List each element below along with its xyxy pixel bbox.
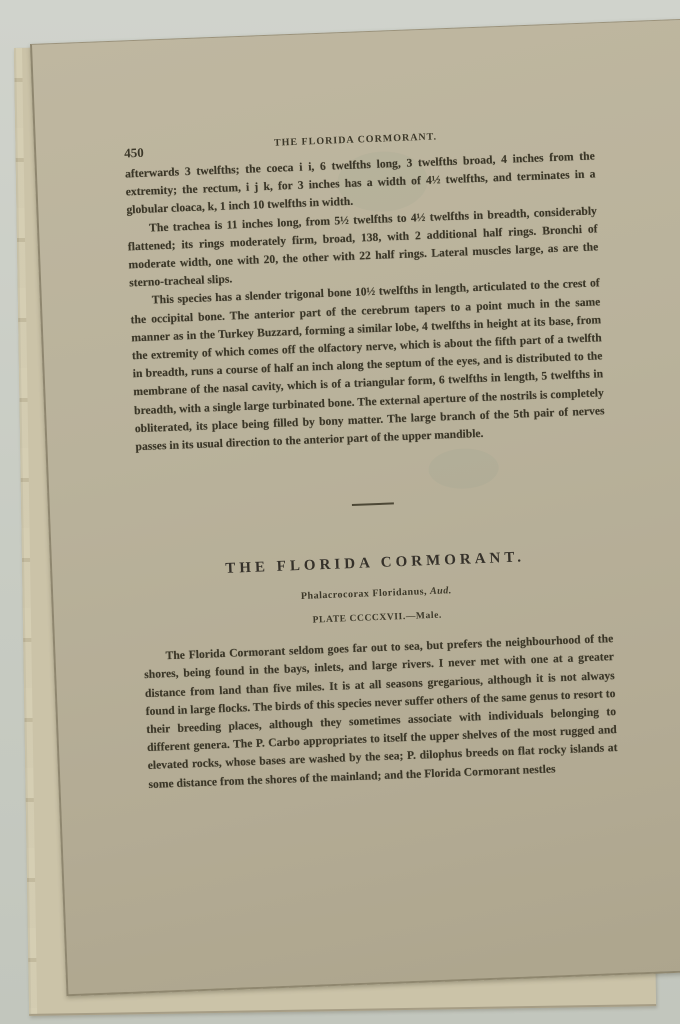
paragraph: The Florida Cormorant seldom goes far ou…: [143, 630, 618, 794]
running-head-title: THE FLORIDA CORMORANT.: [274, 131, 438, 148]
species-name: Phalacrocorax Floridanus, Aud.: [141, 579, 611, 608]
section-title: THE FLORIDA CORMORANT.: [140, 546, 610, 581]
paragraph: This species has a slender trigonal bone…: [130, 275, 606, 457]
previous-section-text: afterwards 3 twelfths; the coeca i i, 6 …: [125, 147, 606, 456]
page-number: 450: [124, 145, 144, 162]
species-latin-name: Phalacrocorax Floridanus,: [301, 586, 428, 602]
species-author: Aud.: [430, 585, 452, 597]
section-divider: [352, 503, 394, 507]
page-content: 450 THE FLORIDA CORMORANT. afterwards 3 …: [124, 125, 619, 793]
book-page: 450 THE FLORIDA CORMORANT. afterwards 3 …: [30, 19, 680, 997]
plate-label: PLATE CCCCXVII.—Male.: [142, 604, 612, 632]
section-body-text: The Florida Cormorant seldom goes far ou…: [143, 630, 618, 794]
